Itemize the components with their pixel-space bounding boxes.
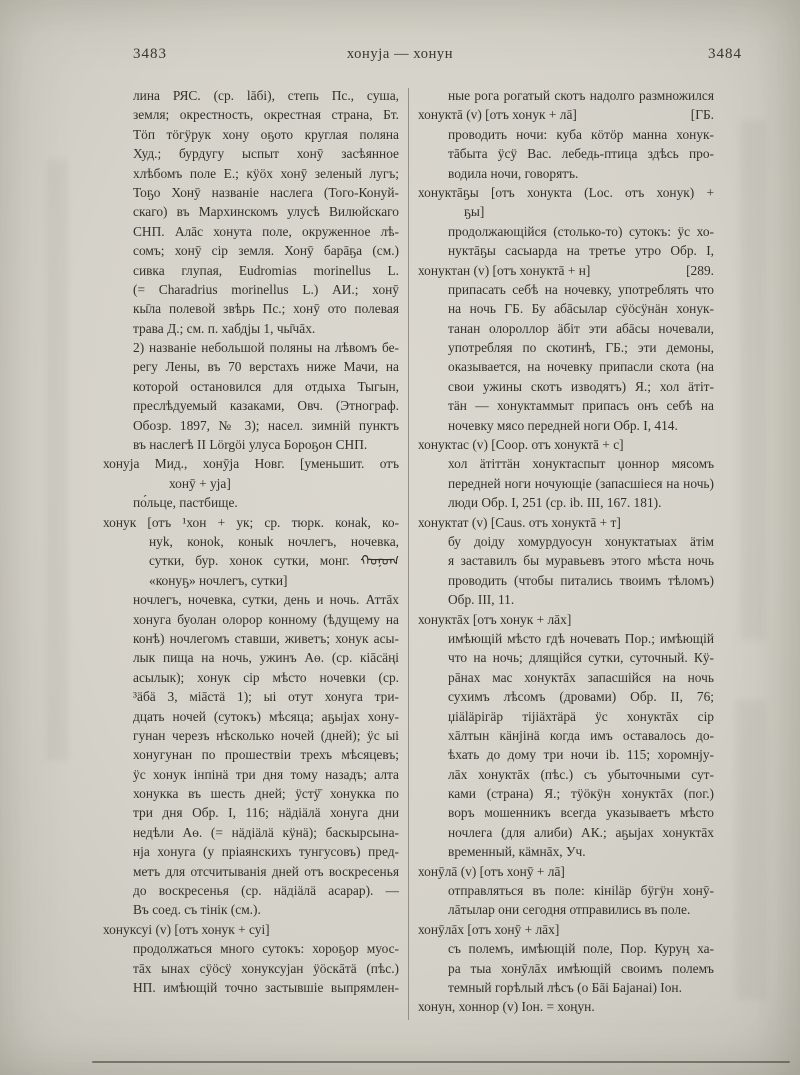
dictionary-line: воръ мошенникъ всегда указываетъ мѣсто xyxy=(418,803,714,822)
dictionary-line: недѣли Аѳ. (= нäдiäлä кӱнä); баскырсына- xyxy=(103,823,399,842)
dictionary-line: ӱс хонук iнпiнä три дня тому назадъ; алт… xyxy=(103,765,399,784)
dictionary-line: рāнах мас хонуктāх запасшійся на ночь xyxy=(418,668,714,687)
dictionary-line: лāх хонуктāх (пѣс.) съ убыточными сут- xyxy=(418,765,714,784)
bleedthrough-artifact xyxy=(46,160,68,760)
dictionary-line: продолжающійся (столько-то) сутокъ: ӱс х… xyxy=(418,222,714,241)
dictionary-line: хāлтын кäнjiнä когда имъ оставалось до- xyxy=(418,726,714,745)
dictionary-line: конѣ) ночлегомъ ставши, живетъ; хонук ас… xyxy=(103,629,399,648)
dictionary-line: НП. имѣющій точно застывшіе выпрямлен- xyxy=(103,978,399,997)
dictionary-line: Въ соед. съ тiнiк (см.). xyxy=(103,900,399,919)
dictionary-line: Обозр. 1897, № 3); насел. зимній пунктъ xyxy=(103,416,399,435)
dictionary-line: хонук [отъ ¹хон + ук; ср. тюрк. конak, к… xyxy=(103,513,399,532)
dictionary-line: тāх ынах сӱöсӱ хонуксуjан ӱöскāтä (пѣс.) xyxy=(103,959,399,978)
line-text: хонуктан (v) [отъ хонуктā + н] xyxy=(418,261,590,280)
dictionary-line: припасать себѣ на ночевку, употреблять ч… xyxy=(418,280,714,299)
dictionary-line: хонун, хоннор (v) Іон. = хоңун. xyxy=(418,997,714,1016)
dictionary-line: три дня Обр. I, 116; нäдiäлä хонуга дни xyxy=(103,803,399,822)
dictionary-line: имѣющій мѣсто гдѣ ночевать Пор.; имѣющій xyxy=(418,629,714,648)
dictionary-line: люди Обр. I, 251 (ср. ib. III, 167. 181)… xyxy=(418,493,714,512)
dictionary-line: нуктāҕы сасыарда на третье утро Обр. I, xyxy=(418,241,714,260)
dictionary-line: временный, кäмнāх, Уч. xyxy=(418,842,714,861)
dictionary-line: что на ночь; длящійся сутки, суточный. К… xyxy=(418,648,714,667)
dictionary-line: «конуҕ» ночлегъ, сутки] xyxy=(103,571,399,590)
dictionary-line: хонугунан по прошествіи трехъ мѣсяцевъ; xyxy=(103,745,399,764)
dictionary-line: ками (страна) Я.; тӱöкӱн хонуктāх (пог.) xyxy=(418,784,714,803)
dictionary-line: хол äтiттäн хонуктаспыт џоннор мясомъ xyxy=(418,454,714,473)
dictionary-line: проводить ночи: куба кöтöр манна хонук- xyxy=(418,125,714,144)
dictionary-line: хонӯлā (v) [отъ хонӯ + лā] xyxy=(418,862,714,881)
page-number-right: 3484 xyxy=(708,46,742,63)
column-reference-note: [ГБ. xyxy=(685,105,714,124)
dictionary-line: сухимъ лѣсомъ (дровами) Обр. II, 76; xyxy=(418,687,714,706)
dictionary-line: ночлега (для алиби) АК.; аҕыjах хонуктāх xyxy=(418,823,714,842)
dictionary-line: хлѣбомъ поле Е.; кӱöх хонӯ зеленый лугъ; xyxy=(103,164,399,183)
bleedthrough-artifact xyxy=(740,120,766,640)
dictionary-line: нуk, коноk, коныk ночлегъ, ночевка, xyxy=(103,532,399,551)
dictionary-line: съ полемъ, имѣющій поле, Пор. Куруң ха- xyxy=(418,939,714,958)
dictionary-line: отправляться въ поле: кiнiläр бӱгӱн хонӯ… xyxy=(418,881,714,900)
scanned-dictionary-page: 3483 хонуjа — хонун 3484 лина РЯС. (ср. … xyxy=(0,0,800,1075)
text-column-right: ные рога рогатый скотъ надолго размножил… xyxy=(418,86,714,1017)
dictionary-line: хонукка въ шесть дней; ӱстӱ̄ хонукка по xyxy=(103,784,399,803)
column-divider-rule xyxy=(408,88,409,1020)
dictionary-line: регу Лены, въ 70 верстахъ ниже Мачи, на xyxy=(103,357,399,376)
dictionary-line: хонуктā (v) [отъ хонук + лā][ГБ. xyxy=(418,105,714,124)
dictionary-line: Обр. III, 11. xyxy=(418,590,714,609)
dictionary-line: асылык); хонук сiр мѣсто ночевки (ср. xyxy=(103,668,399,687)
dictionary-line: свои ужины скотъ изводятъ) Я.; хол äтiт- xyxy=(418,377,714,396)
dictionary-line: передней ноги ночующіе (запасшіеся на но… xyxy=(418,474,714,493)
dictionary-line: џiäläрiгäр тijiäхтäрä ӱс хонуктāх сiр xyxy=(418,707,714,726)
dictionary-line: Худ.; бурдугу ыспыт хонӯ засѣянное xyxy=(103,144,399,163)
dictionary-line: ра тыа хонӯлāх имѣющій своимъ полемъ xyxy=(418,959,714,978)
dictionary-line: хонуjа Мид., хонӯjа Новг. [уменьшит. отъ xyxy=(103,454,399,473)
dictionary-line: хонуга буолан олорор конному (ѣдущему на xyxy=(103,610,399,629)
dictionary-line: земля; окрестность, окрестная страна, Бт… xyxy=(103,105,399,124)
dictionary-line: водила ночи, говорятъ. xyxy=(418,164,714,183)
dictionary-line: 2) названіе небольшой поляны на лѣвомъ б… xyxy=(103,338,399,357)
bleedthrough-artifact xyxy=(736,700,766,1000)
dictionary-line: по́льце, пастбище. xyxy=(103,493,399,512)
dictionary-line: нjа хонуга (у пріаянскихъ тунгусовъ) пре… xyxy=(103,842,399,861)
dictionary-line: хонуксуi (v) [отъ хонук + суi] xyxy=(103,920,399,939)
dictionary-line: трава Д.; см. п. хабдjы 1, чы̄чāх. xyxy=(103,319,399,338)
dictionary-line: лāтылар они сегодня отправились въ поле. xyxy=(418,900,714,919)
dictionary-line: бу доiду хомурдуосун хонуктатыах äтiм xyxy=(418,532,714,551)
dictionary-line: до воскресенья (ср. нäдiäлä асарар). — xyxy=(103,881,399,900)
dictionary-line: ҕы] xyxy=(418,202,714,221)
dictionary-line: лык пища на ночь, ужинъ Аѳ. (ср. кiāсäңi xyxy=(103,648,399,667)
dictionary-line: въ наслегѣ II Lörgöi улуса Бороҕон СНП. xyxy=(103,435,399,454)
dictionary-line: СНП. Алāс хонута поле, окруженное лѣ- xyxy=(103,222,399,241)
dictionary-line: Тöп тöгӱрук хону оҕото круглая поляна xyxy=(103,125,399,144)
dictionary-line: продолжаться много сутокъ: хороҕор муос- xyxy=(103,939,399,958)
dictionary-line: (= Charadrius morinellus L.) АИ.; хонӯ xyxy=(103,280,399,299)
dictionary-line: преслѣдуемый казаками, Овч. (Этнограф. xyxy=(103,396,399,415)
dictionary-line: проводить (чтобы питались твоимъ тѣломъ) xyxy=(418,571,714,590)
dictionary-line: хонӯлāх [отъ хонӯ + лāх] xyxy=(418,920,714,939)
dictionary-line: сомъ; хонӯ сiр земля. Хонӯ барāҕа (см.) xyxy=(103,241,399,260)
dictionary-line: которой остановился для отдыха Тыгын, xyxy=(103,377,399,396)
dictionary-line: тäн — хонуктаммыт припасъ онъ себѣ на xyxy=(418,396,714,415)
dictionary-line: оказывается, на ночевку припасли скота (… xyxy=(418,357,714,376)
dictionary-line: на ночь ГБ. Бу абāсылар сӱöсӱнäн хонук- xyxy=(418,299,714,318)
dictionary-line: лина РЯС. (ср. lāбi), степь Пс., суша, xyxy=(103,86,399,105)
dictionary-line: ные рога рогатый скотъ надолго размножил… xyxy=(418,86,714,105)
scan-artifact-line xyxy=(92,1061,790,1063)
dictionary-line: тāбыта ӱсӱ Вас. лебедь-птица здѣсь про- xyxy=(418,144,714,163)
dictionary-line: хонуктāҕы [отъ хонукта (Loc. отъ хонук) … xyxy=(418,183,714,202)
dictionary-line: ночевку мясо передней ноги Обр. I, 414. xyxy=(418,416,714,435)
dictionary-line: хонуктан (v) [отъ хонуктā + н][289. xyxy=(418,261,714,280)
dictionary-line: ночлегъ, ночевка, сутки, день и ночь. Ат… xyxy=(103,590,399,609)
dictionary-line: я заставилъ бы муравьевъ этого мѣста ноч… xyxy=(418,551,714,570)
text-column-left: лина РЯС. (ср. lāбi), степь Пс., суша,зе… xyxy=(103,86,399,997)
running-title: хонуjа — хонун xyxy=(0,46,800,63)
dictionary-line: ³äбä 3, мiāстä 1); ыі отут хонуга три- xyxy=(103,687,399,706)
dictionary-line: хонӯ + уjа] xyxy=(103,474,399,493)
dictionary-line: темный горѣлый лѣсъ (о Бāi Баjанаi) Іон. xyxy=(418,978,714,997)
dictionary-line: сивка глупая, Eudromias morinellus L. xyxy=(103,261,399,280)
column-reference-note: [289. xyxy=(680,261,714,280)
dictionary-line: употребляя по скотинѣ, ГБ.; эти демоны, xyxy=(418,338,714,357)
dictionary-line: танан олороллор äбiт эти абāсы ночевали, xyxy=(418,319,714,338)
dictionary-line: дцать ночей (сутокъ) мѣсяца; аҕыjах хону… xyxy=(103,707,399,726)
dictionary-line: скаго) въ Мархинскомъ улусѣ Вилюйскаго о… xyxy=(103,202,399,221)
dictionary-line: ѣхать до дому три ночи ib. 115; хоромнjу… xyxy=(418,745,714,764)
dictionary-line: метъ для отсчитыванія дней отъ воскресен… xyxy=(103,862,399,881)
line-text: хонуктā (v) [отъ хонук + лā] xyxy=(418,105,577,124)
dictionary-line: хонуктат (v) [Caus. отъ хонуктā + т] xyxy=(418,513,714,532)
dictionary-line: кы̄ла полевой звѣрь Пс.; хонӯ ото полева… xyxy=(103,299,399,318)
dictionary-line: сутки, бур. хонок сутки, монг. ᠬᠣᠨᠣᠭ xyxy=(103,551,399,570)
dictionary-line: хонуктāх [отъ хонук + лāх] xyxy=(418,610,714,629)
dictionary-line: гунан черезъ нѣсколько ночей (дней); ӱс … xyxy=(103,726,399,745)
dictionary-line: хонуктас (v) [Coop. отъ хонуктā + с] xyxy=(418,435,714,454)
dictionary-line: Тоҕо Хонӯ названіе наслега (Того-Конуй- xyxy=(103,183,399,202)
